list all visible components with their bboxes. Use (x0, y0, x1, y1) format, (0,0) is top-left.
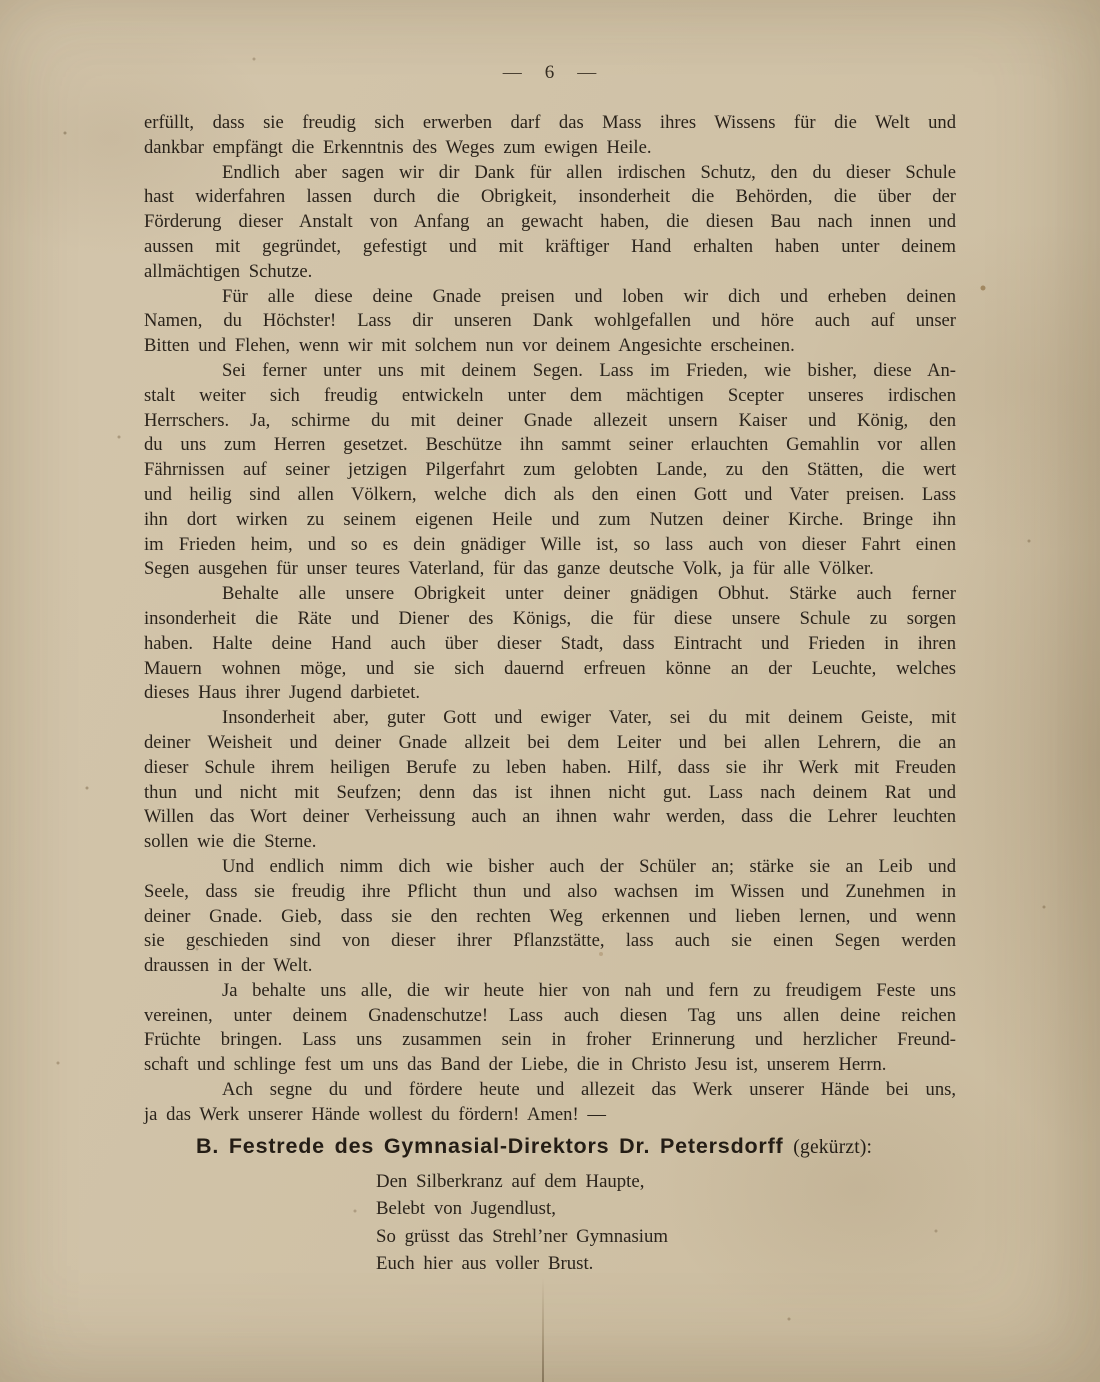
prayer-paragraph: Endlich aber sagen wir dir Dank für alle… (144, 161, 956, 285)
text-line: Sei ferner unter uns mit deinem Segen. L… (144, 359, 956, 384)
section-heading: B. Festrede des Gymnasial-Direktors Dr. … (196, 1133, 956, 1161)
text-line: sie geschieden sind von dieser ihrer Pfl… (144, 929, 956, 954)
text-line: Willen das Wort deiner Verheissung auch … (144, 805, 956, 830)
text-line: Endlich aber sagen wir dir Dank für alle… (144, 161, 956, 186)
prayer-paragraph: Ach segne du und fördere heute und allez… (144, 1078, 956, 1128)
text-line: Behalte alle unsere Obrigkeit unter dein… (144, 582, 956, 607)
prayer-paragraph: Für alle diese deine Gnade preisen und l… (144, 285, 956, 359)
text-line: aussen mit gegründet, gefestigt und mit … (144, 235, 956, 260)
text-line: Herrschers. Ja, schirme du mit deiner Gn… (144, 409, 956, 434)
text-line: im Frieden heim, und so es dein gnädiger… (144, 533, 956, 558)
text-line: erfüllt, dass sie freudig sich erwerben … (144, 111, 956, 136)
text-line: und heilig sind allen Völkern, welche di… (144, 483, 956, 508)
section-heading-annotation: (gekürzt): (793, 1137, 872, 1158)
text-line: Früchte bringen. Lass uns zusammen sein … (144, 1028, 956, 1053)
text-line: Mauern wohnen möge, und sie sich dauernd… (144, 657, 956, 682)
text-line: Seele, dass sie freudig ihre Pflicht thu… (144, 880, 956, 905)
text-line: ihn dort wirken zu seinem eigenen Heile … (144, 508, 956, 533)
text-line: deiner Weisheit und deiner Gnade allzeit… (144, 731, 956, 756)
text-line: draussen in der Welt. (144, 954, 956, 979)
page-number-dash-left: — (503, 62, 523, 83)
text-line: du uns zum Herren gesetzet. Beschütze ih… (144, 433, 956, 458)
prayer-paragraph: erfüllt, dass sie freudig sich erwerben … (144, 111, 956, 161)
poem-line: Euch hier aus voller Brust. (376, 1250, 956, 1278)
page-number-value: 6 (545, 62, 556, 83)
text-line: hast widerfahren lassen durch die Obrigk… (144, 185, 956, 210)
text-line: insonderheit die Räte und Diener des Kön… (144, 607, 956, 632)
prayer-paragraph: Ja behalte uns alle, die wir heute hier … (144, 979, 956, 1078)
scanned-page: —6— erfüllt, dass sie freudig sich erwer… (0, 0, 1100, 1382)
text-line: dieser Schule ihrem heiligen Berufe zu l… (144, 756, 956, 781)
text-line: Für alle diese deine Gnade preisen und l… (144, 285, 956, 310)
page-number: —6— (144, 62, 956, 84)
prayer-text: erfüllt, dass sie freudig sich erwerben … (144, 111, 956, 1128)
text-line: dieses Haus ihrer Jugend darbietet. (144, 681, 956, 706)
prayer-paragraph: Behalte alle unsere Obrigkeit unter dein… (144, 582, 956, 706)
text-line: haben. Halte deine Hand auch über dieser… (144, 632, 956, 657)
poem-block: Den Silberkranz auf dem Haupte,Belebt vo… (376, 1168, 956, 1278)
text-line: Segen ausgehen für unser teures Vaterlan… (144, 557, 956, 582)
text-line: ja das Werk unserer Hände wollest du för… (144, 1103, 956, 1128)
text-line: schaft und schlinge fest um uns das Band… (144, 1053, 956, 1078)
text-line: Und endlich nimm dich wie bisher auch de… (144, 855, 956, 880)
text-line: Ja behalte uns alle, die wir heute hier … (144, 979, 956, 1004)
text-line: allmächtigen Schutze. (144, 260, 956, 285)
fold-crease (542, 1278, 544, 1382)
text-line: Förderung dieser Anstalt von Anfang an g… (144, 210, 956, 235)
text-line: Ach segne du und fördere heute und allez… (144, 1078, 956, 1103)
page-number-dash-right: — (577, 62, 597, 83)
text-line: deiner Gnade. Gieb, dass sie den rechten… (144, 905, 956, 930)
prayer-paragraph: Insonderheit aber, guter Gott und ewiger… (144, 706, 956, 855)
text-line: sollen wie die Sterne. (144, 830, 956, 855)
poem-line: Belebt von Jugendlust, (376, 1195, 956, 1223)
text-line: Fährnissen auf seiner jetzigen Pilgerfah… (144, 458, 956, 483)
text-line: Namen, du Höchster! Lass dir unseren Dan… (144, 309, 956, 334)
text-line: Insonderheit aber, guter Gott und ewiger… (144, 706, 956, 731)
text-line: Bitten und Flehen, wenn wir mit solchem … (144, 334, 956, 359)
page-body: erfüllt, dass sie freudig sich erwerben … (144, 111, 956, 1278)
text-line: dankbar empfängt die Erkenntnis des Wege… (144, 136, 956, 161)
section-heading-title: B. Festrede des Gymnasial-Direktors Dr. … (196, 1134, 784, 1158)
poem-line: Den Silberkranz auf dem Haupte, (376, 1168, 956, 1196)
text-line: vereinen, unter deinem Gnadenschutze! La… (144, 1004, 956, 1029)
prayer-paragraph: Und endlich nimm dich wie bisher auch de… (144, 855, 956, 979)
poem-line: So grüsst das Strehl’ner Gymnasium (376, 1223, 956, 1251)
text-line: stalt weiter sich freudig entwickeln unt… (144, 384, 956, 409)
text-line: thun und nicht mit Seufzen; denn das ist… (144, 781, 956, 806)
prayer-paragraph: Sei ferner unter uns mit deinem Segen. L… (144, 359, 956, 582)
